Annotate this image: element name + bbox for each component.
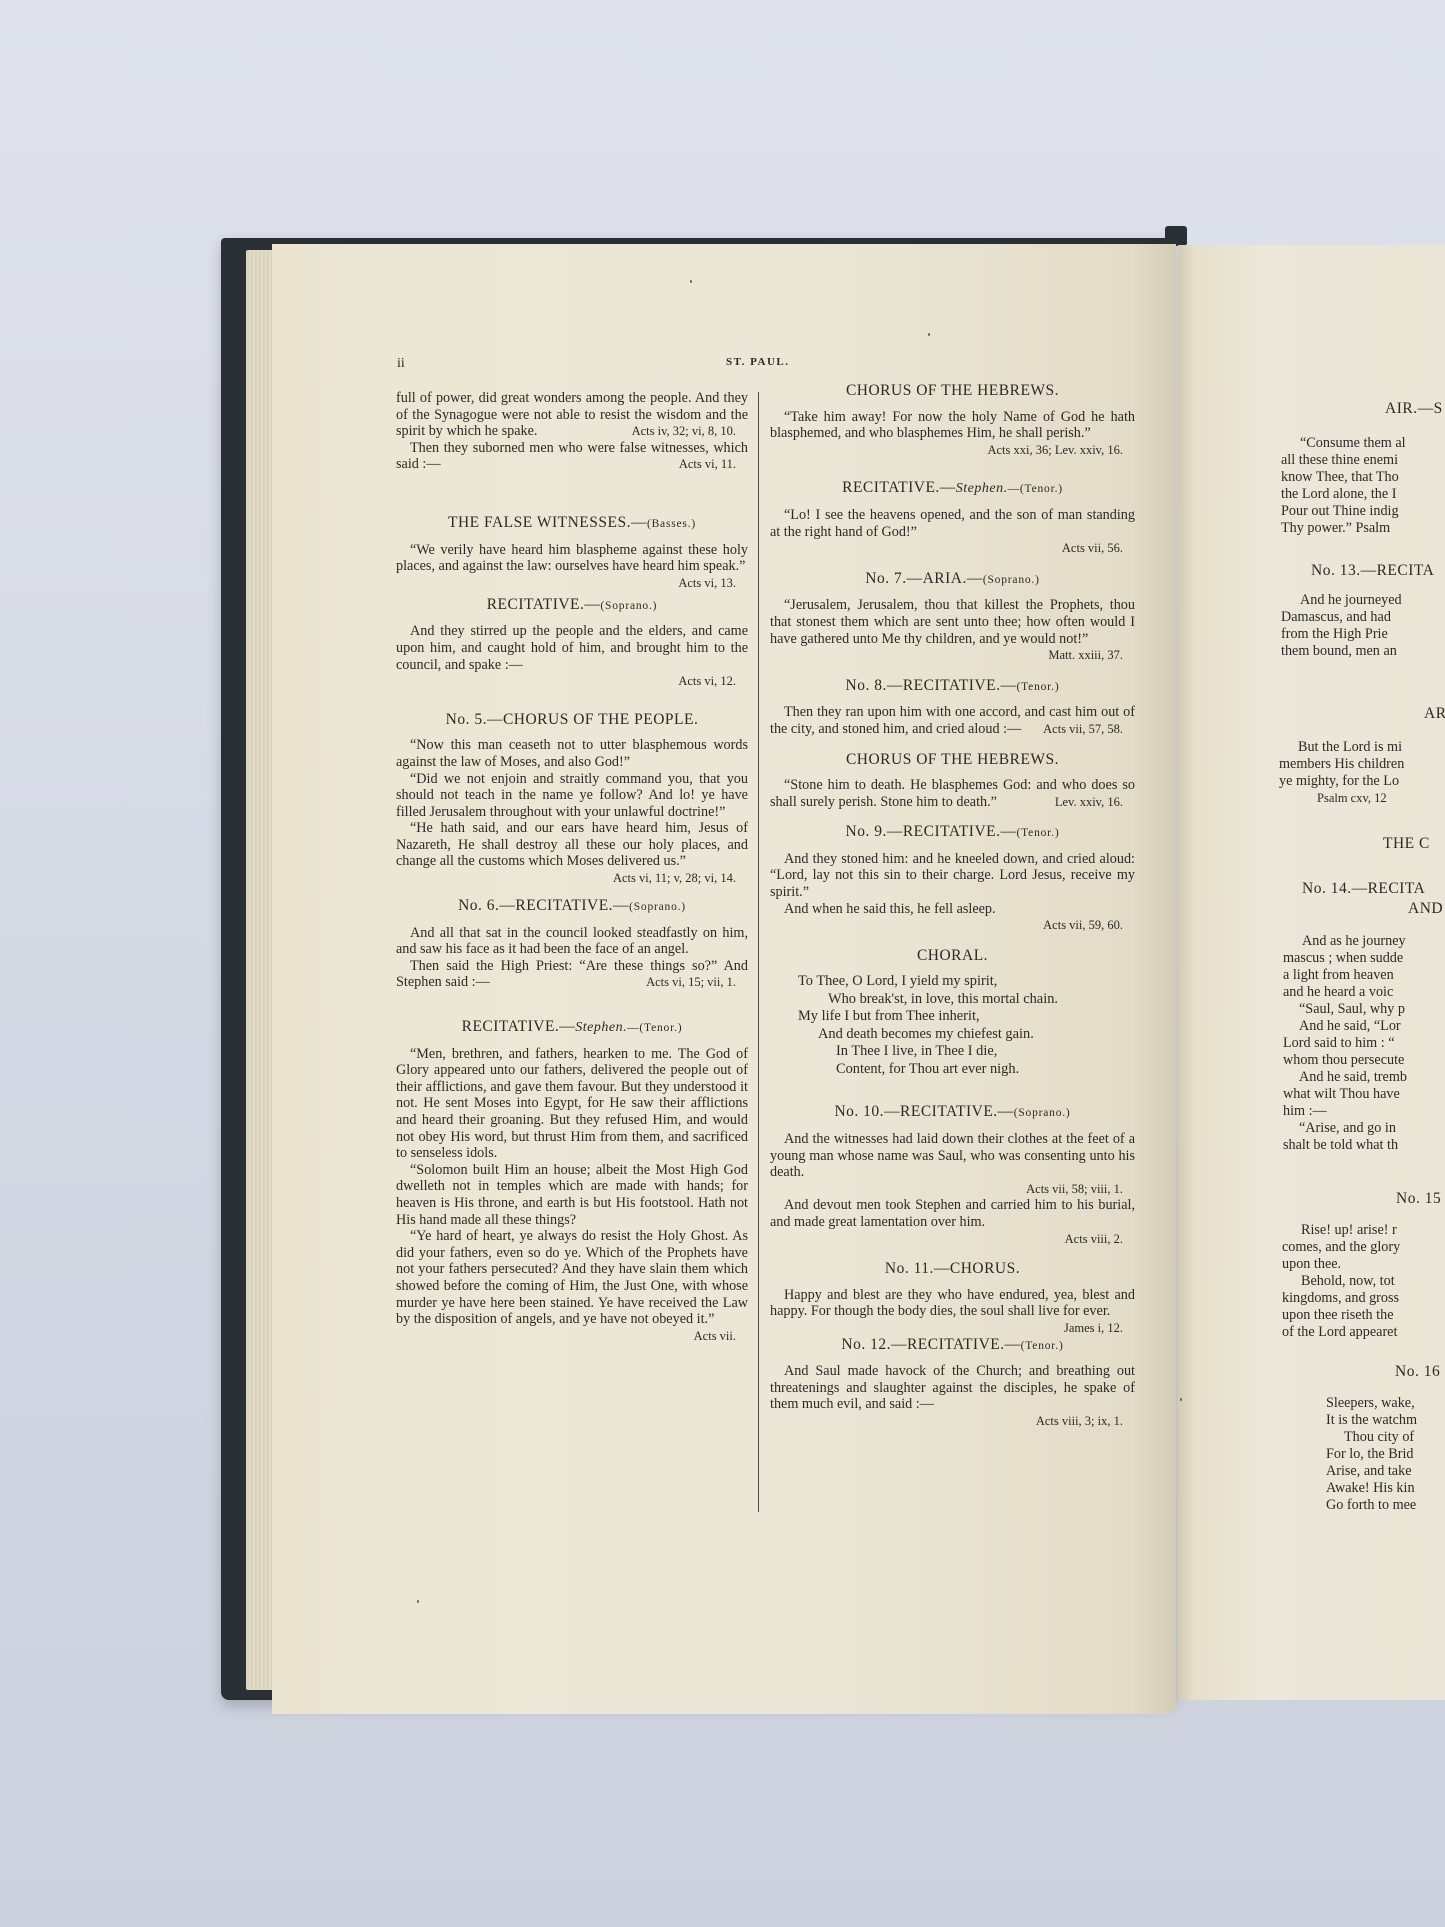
section-text: “Solomon built Him an house; albeit the … bbox=[396, 1162, 748, 1228]
section-text: “Did we not enjoin and straitly command … bbox=[396, 771, 748, 821]
section-heading: CHORAL. bbox=[770, 948, 1135, 965]
running-head: ST. PAUL. bbox=[726, 356, 790, 368]
column-b: CHORUS OF THE HEBREWS. “Take him away! F… bbox=[770, 383, 1135, 1452]
scripture-ref: Lev. xxiv, 16. bbox=[1041, 794, 1135, 811]
paper-speck bbox=[417, 1600, 419, 1603]
scripture-ref: James i, 12. bbox=[1050, 1320, 1135, 1337]
section-text: “He hath said, and our ears have heard h… bbox=[396, 820, 748, 869]
scripture-ref: Acts vii, 57, 58. bbox=[1029, 721, 1135, 738]
scripture-ref: Acts vi, 12. bbox=[396, 673, 748, 690]
section-heading: AIR.—S bbox=[1385, 400, 1443, 418]
scripture-ref: Acts vii, 58; viii, 1. bbox=[770, 1181, 1135, 1198]
section-heading: No. 7.—ARIA.—(Soprano.) bbox=[770, 571, 1135, 589]
scripture-ref: Acts vii. bbox=[680, 1328, 748, 1345]
section-heading: No. 5.—CHORUS OF THE PEOPLE. bbox=[396, 712, 748, 729]
section-no6: No. 6.—RECITATIVE.—(Soprano.) And all th… bbox=[396, 898, 748, 991]
section-choral: CHORAL. To Thee, O Lord, I yield my spir… bbox=[770, 948, 1135, 1079]
verse-line: In Thee I live, in Thee I die, bbox=[770, 1043, 1135, 1061]
section-heading: No. 8.—RECITATIVE.—(Tenor.) bbox=[770, 678, 1135, 696]
section-text: “Men, brethren, and fathers, hearken to … bbox=[396, 1046, 748, 1162]
section-heading: No. 13.—RECITA bbox=[1311, 562, 1434, 580]
verse-line: And death becomes my chiefest gain. bbox=[770, 1026, 1135, 1044]
section-no5: No. 5.—CHORUS OF THE PEOPLE. “Now this m… bbox=[396, 712, 748, 870]
section-false-witnesses: THE FALSE WITNESSES.—(Basses.) “We veril… bbox=[396, 515, 748, 575]
section-heading: No. 11.—CHORUS. bbox=[770, 1261, 1135, 1278]
page-number: ii bbox=[397, 356, 405, 372]
scripture-ref: Acts iv, 32; vi, 8, 10. bbox=[632, 423, 748, 440]
section-text: “We verily have heard him blaspheme agai… bbox=[396, 542, 748, 575]
scripture-ref: Acts vii, 56. bbox=[770, 540, 1135, 557]
section-no7: No. 7.—ARIA.—(Soprano.) “Jerusalem, Jeru… bbox=[770, 571, 1135, 664]
scripture-ref: Acts vi, 15; vii, 1. bbox=[632, 974, 748, 991]
section-recitative-stephen-2: RECITATIVE.—Stephen.—(Tenor.) “Lo! I see… bbox=[770, 480, 1135, 556]
verse-line: Who break'st, in love, this mortal chain… bbox=[770, 991, 1135, 1009]
section-text: And devout men took Stephen and carried … bbox=[770, 1197, 1135, 1230]
section-heading: RECITATIVE.—(Soprano.) bbox=[396, 597, 748, 615]
section-no12: No. 12.—RECITATIVE.—(Tenor.) And Saul ma… bbox=[770, 1337, 1135, 1430]
section-text: And the witnesses had laid down their cl… bbox=[770, 1131, 1135, 1181]
intro-section: full of power, did great wonders among t… bbox=[396, 390, 748, 473]
section-no10: No. 10.—RECITATIVE.—(Soprano.) And the w… bbox=[770, 1104, 1135, 1247]
book-cover-right-corner bbox=[1165, 226, 1187, 246]
scripture-ref: Acts vii, 59, 60. bbox=[770, 917, 1135, 934]
section-recitative-soprano: RECITATIVE.—(Soprano.) And they stirred … bbox=[396, 597, 748, 690]
section-heading: AND bbox=[1408, 900, 1443, 918]
section-no9: No. 9.—RECITATIVE.—(Tenor.) And they sto… bbox=[770, 824, 1135, 934]
section-chorus-hebrews-2: CHORUS OF THE HEBREWS. “Stone him to dea… bbox=[770, 752, 1135, 811]
section-heading: No. 16 bbox=[1395, 1363, 1440, 1381]
scripture-ref: Matt. xxiii, 37. bbox=[770, 647, 1135, 664]
section-heading: CHORUS OF THE HEBREWS. bbox=[770, 752, 1135, 769]
section-text: “Now this man ceaseth not to utter blasp… bbox=[396, 737, 748, 770]
section-text: “Lo! I see the heavens opened, and the s… bbox=[770, 507, 1135, 540]
scripture-ref: Acts viii, 2. bbox=[770, 1231, 1135, 1248]
section-heading: AR bbox=[1424, 705, 1445, 723]
section-text: And Saul made havock of the Church; and … bbox=[770, 1363, 1135, 1413]
right-page-content: AIR.—S “Consume them al all these thine … bbox=[1178, 245, 1445, 1700]
section-heading: No. 15 bbox=[1396, 1190, 1441, 1208]
scripture-ref: Acts vi, 13. bbox=[664, 575, 748, 592]
scripture-ref: Acts xxi, 36; Lev. xxiv, 16. bbox=[770, 442, 1135, 459]
section-no8: No. 8.—RECITATIVE.—(Tenor.) Then they ra… bbox=[770, 678, 1135, 738]
section-text: “Ye hard of heart, ye always do resist t… bbox=[396, 1228, 748, 1327]
section-text: Happy and blest are they who have endure… bbox=[770, 1287, 1135, 1320]
scripture-ref: Acts vi, 11; v, 28; vi, 14. bbox=[599, 870, 748, 887]
section-text: And they stirred up the people and the e… bbox=[396, 623, 748, 673]
section-text: And all that sat in the council looked s… bbox=[396, 925, 748, 958]
paper-speck bbox=[928, 333, 930, 336]
scripture-ref: Acts vi, 11. bbox=[665, 456, 748, 473]
paper-speck bbox=[690, 280, 692, 283]
scripture-ref: Acts viii, 3; ix, 1. bbox=[770, 1413, 1135, 1430]
section-heading: THE FALSE WITNESSES.—(Basses.) bbox=[396, 515, 748, 533]
section-heading: No. 6.—RECITATIVE.—(Soprano.) bbox=[396, 898, 748, 916]
section-heading: No. 9.—RECITATIVE.—(Tenor.) bbox=[770, 824, 1135, 842]
column-a: full of power, did great wonders among t… bbox=[396, 390, 748, 1350]
section-heading: THE C bbox=[1383, 835, 1430, 853]
column-divider bbox=[758, 392, 759, 1512]
section-heading: CHORUS OF THE HEBREWS. bbox=[770, 383, 1135, 400]
section-heading: No. 14.—RECITA bbox=[1302, 880, 1425, 898]
section-text: And they stoned him: and he kneeled down… bbox=[770, 851, 1135, 901]
verse-line: My life I but from Thee inherit, bbox=[770, 1008, 1135, 1026]
verse-line: To Thee, O Lord, I yield my spirit, bbox=[770, 973, 1135, 991]
section-heading: No. 10.—RECITATIVE.—(Soprano.) bbox=[770, 1104, 1135, 1122]
section-no11: No. 11.—CHORUS. Happy and blest are they… bbox=[770, 1261, 1135, 1320]
verse-line: Content, for Thou art ever nigh. bbox=[770, 1061, 1135, 1079]
section-heading: RECITATIVE.—Stephen.—(Tenor.) bbox=[770, 480, 1135, 498]
section-heading: No. 12.—RECITATIVE.—(Tenor.) bbox=[770, 1337, 1135, 1355]
section-text: “Jerusalem, Jerusalem, thou that killest… bbox=[770, 597, 1135, 647]
section-text: “Take him away! For now the holy Name of… bbox=[770, 409, 1135, 442]
section-recitative-stephen: RECITATIVE.—Stephen.—(Tenor.) “Men, bret… bbox=[396, 1019, 748, 1328]
section-text: And when he said this, he fell asleep. bbox=[770, 901, 1135, 918]
section-chorus-hebrews-1: CHORUS OF THE HEBREWS. “Take him away! F… bbox=[770, 383, 1135, 458]
section-heading: RECITATIVE.—Stephen.—(Tenor.) bbox=[396, 1019, 748, 1037]
